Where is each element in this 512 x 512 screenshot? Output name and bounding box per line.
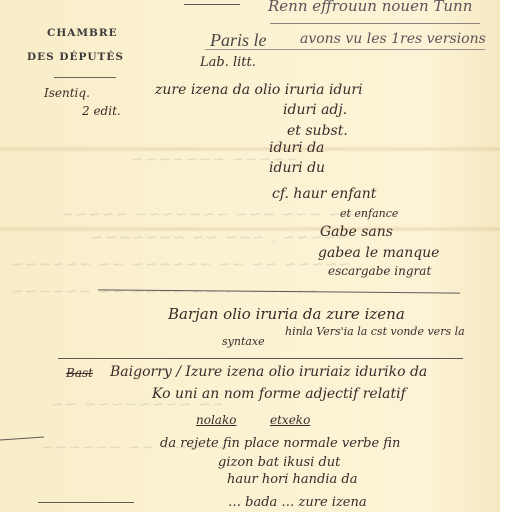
place-prefix: Paris le: [210, 30, 267, 51]
margin-stroke: [0, 436, 44, 440]
section2-line: hinla Vers'ia la cst vonde vers la: [285, 325, 465, 338]
margin-note-1: Isentiq.: [44, 86, 90, 100]
bleed-through-text: ~~~~~ ~~ ~~ ~~~~~~ ~~ ~~~~~~: [10, 255, 351, 273]
date-rule: [205, 49, 485, 50]
header-rule: [270, 23, 480, 24]
section3-line: nolako: [196, 413, 236, 427]
header-line-2: avons vu les 1res versions: [300, 31, 486, 47]
section3-line: … bada … zure izena: [228, 495, 367, 510]
section3-line: haur hori handia da: [227, 472, 357, 487]
section1-line: Gabe sans: [320, 224, 393, 240]
section1-line: et enfance: [340, 207, 398, 220]
section1-line: gabea le manque: [318, 245, 439, 261]
struck-word: Bast: [66, 366, 93, 380]
header-rule: [184, 4, 240, 5]
section1-line: cf. haur enfant: [272, 186, 376, 202]
bleed-through-text: ~~~~~ , ~~~ ~~ ~~~~~~~: [90, 228, 350, 246]
section3-line: da rejete fin place normale verbe fin: [160, 436, 400, 451]
section1-label: Lab. litt.: [200, 55, 256, 70]
margin-note-2: 2 edit.: [82, 104, 121, 118]
section3-line: Baigorry / Izure izena olio iruriaiz idu…: [110, 364, 427, 380]
letterhead-line1: CHAMBRE: [47, 27, 118, 39]
section1-line: zure izena da olio iruria iduri: [155, 82, 363, 98]
header-line-1: Renn effrouun nouen Tunn: [268, 0, 472, 15]
section1-line: iduri adj.: [283, 102, 347, 118]
manuscript-page: ~~~~~ ~~~~~~~ ~~~ ~~~ ~~~ ~~~~~~~ ~~~~~ …: [0, 0, 500, 512]
letterhead-rule: [54, 77, 116, 78]
section3-line: Ko uni an nom forme adjectif relatif: [152, 386, 406, 402]
section2-line: syntaxe: [222, 335, 265, 348]
section1-line: iduri du: [269, 160, 325, 176]
section3-line: gizon bat ikusi dut: [218, 455, 340, 470]
section2-line: Barjan olio iruria da zure izena: [168, 305, 405, 323]
section-divider: [58, 358, 463, 359]
section3-line: etxeko: [270, 413, 310, 427]
bleed-through-text: ~~~ ~~~ ~~~ ~~~~~~~ ~~~~~: [60, 205, 368, 223]
letterhead-line2: DES DÉPUTÉS: [27, 51, 124, 63]
section1-line: et subst.: [287, 123, 348, 139]
section1-line: escargabe ingrat: [328, 264, 431, 278]
section-divider: [38, 502, 134, 503]
section1-line: iduri da: [269, 140, 324, 156]
